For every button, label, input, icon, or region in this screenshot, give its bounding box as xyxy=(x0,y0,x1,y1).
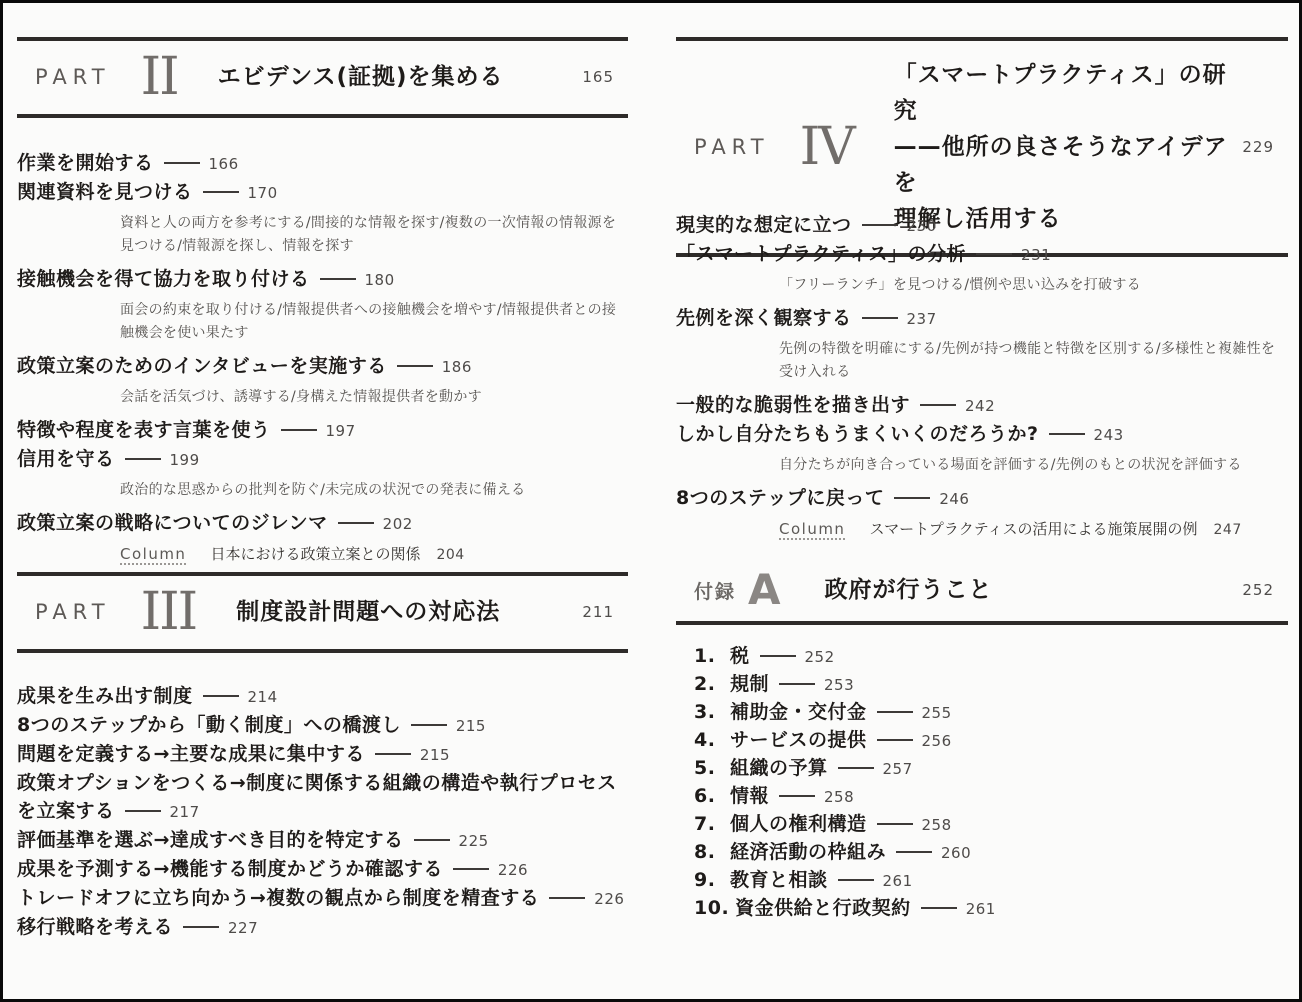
toc-numbered-entry: 2.規制253 xyxy=(676,671,1288,699)
entry-title: 問題を定義する→主要な成果に集中する xyxy=(17,743,365,765)
page-number: 199 xyxy=(170,451,200,469)
entry-title: サービスの提供 xyxy=(730,729,867,751)
appendix-letter: A xyxy=(748,569,781,611)
page-number: 256 xyxy=(922,732,952,750)
page-number: 226 xyxy=(498,861,528,879)
column-label: Column xyxy=(779,520,845,540)
dash-line xyxy=(920,404,956,406)
entry-title: 成果を予測する→機能する制度かどうか確認する xyxy=(17,858,443,880)
entry-title: 補助金・交付金 xyxy=(730,701,867,723)
toc-numbered-entry: 10.資金供給と行政契約261 xyxy=(676,895,1288,923)
entry-title: 関連資料を見つける xyxy=(17,181,193,203)
column-title: スマートプラクティスの活用による施策展開の例 xyxy=(869,520,1197,538)
column-title: 日本における政策立案との関係 xyxy=(210,545,420,563)
dash-line xyxy=(1049,433,1085,435)
entry-title: 「スマートプラクティス」の分析 xyxy=(676,243,966,265)
page-number: 214 xyxy=(248,688,278,706)
dash-line xyxy=(320,278,356,280)
dash-line xyxy=(877,823,913,825)
item-number: 8. xyxy=(694,839,724,866)
part-4-page-number: 229 xyxy=(1232,138,1274,156)
part-3-entries: 成果を生み出す制度2148つのステップから「動く制度」への橋渡し215問題を定義… xyxy=(17,682,628,942)
sub-items: 面会の約束を取り付ける/情報提供者への接触機会を増やす/情報提供者との接触機会を… xyxy=(120,299,628,345)
entry-title: 資金供給と行政契約 xyxy=(735,897,911,919)
toc-entry: 一般的な脆弱性を描き出す242 xyxy=(676,391,1288,420)
toc-entry: 政策立案のためのインタビューを実施する186 xyxy=(17,352,628,381)
entry-title: 信用を守る xyxy=(17,448,115,470)
page-number: 252 xyxy=(805,648,835,666)
part-4-roman-numeral: IV xyxy=(800,122,854,172)
page-number: 215 xyxy=(456,717,486,735)
appendix-a-header: 付録 A 政府が行うこと 252 xyxy=(676,569,1288,625)
page-number: 253 xyxy=(824,676,854,694)
dash-line xyxy=(453,868,489,870)
entry-title: 情報 xyxy=(730,785,769,807)
page-number: 243 xyxy=(1094,426,1124,444)
entry-title: 接触機会を得て協力を取り付ける xyxy=(17,268,310,290)
entry-title: 規制 xyxy=(730,673,769,695)
toc-numbered-entry: 7.個人の権利構造258 xyxy=(676,811,1288,839)
part-4-entries: 現実的な想定に立つ230「スマートプラクティス」の分析231「フリーランチ」を見… xyxy=(676,211,1288,548)
entry-title: 組織の予算 xyxy=(730,757,828,779)
entry-title: 評価基準を選ぶ→達成すべき目的を特定する xyxy=(17,829,404,851)
item-number: 10. xyxy=(694,895,729,922)
entry-title: 現実的な想定に立つ xyxy=(676,214,852,236)
toc-numbered-entry: 4.サービスの提供256 xyxy=(676,727,1288,755)
dash-line xyxy=(838,879,874,881)
toc-entry: 評価基準を選ぶ→達成すべき目的を特定する225 xyxy=(17,826,628,855)
page-number: 261 xyxy=(966,900,996,918)
part-2-page-number: 165 xyxy=(572,68,614,86)
toc-entry: 信用を守る199 xyxy=(17,445,628,474)
page-number: 202 xyxy=(383,515,413,533)
entry-title: 8つのステップから「動く制度」への橋渡し xyxy=(17,714,401,736)
toc-entry: トレードオフに立ち向かう→複数の観点から制度を精査する226 xyxy=(17,884,628,913)
toc-entry: 接触機会を得て協力を取り付ける180 xyxy=(17,265,628,294)
item-number: 9. xyxy=(694,867,724,894)
item-number: 2. xyxy=(694,671,724,698)
toc-entry: 政策オプションをつくる→制度に関係する組織の構造や執行プロセスを立案する217 xyxy=(17,769,628,826)
toc-entry: 作業を開始する166 xyxy=(17,149,628,178)
dash-line xyxy=(411,724,447,726)
appendix-kicker: 付録 xyxy=(694,577,736,604)
page-number: 180 xyxy=(365,271,395,289)
entry-title: しかし自分たちもうまくいくのだろうか? xyxy=(676,423,1039,445)
page-number: 197 xyxy=(326,422,356,440)
page-number: 261 xyxy=(883,872,913,890)
entry-title: 特徴や程度を表す言葉を使う xyxy=(17,419,271,441)
page-number: 246 xyxy=(939,490,969,508)
sub-items: 会話を活気づけ、誘導する/身構えた情報提供者を動かす xyxy=(120,386,628,409)
column-entry: Column日本における政策立案との関係204 xyxy=(120,541,628,568)
entry-title: 個人の権利構造 xyxy=(730,813,867,835)
page-number: 204 xyxy=(436,547,464,563)
entry-title: 8つのステップに戻って xyxy=(676,487,884,509)
dash-line xyxy=(760,655,796,657)
entry-title: 一般的な脆弱性を描き出す xyxy=(676,394,910,416)
page-number: 227 xyxy=(228,919,258,937)
sub-items: 「フリーランチ」を見つける/慣例や思い込みを打破する xyxy=(779,274,1288,297)
appendix-a-page-number: 252 xyxy=(1232,581,1274,599)
dash-line xyxy=(896,851,932,853)
entry-title: 先例を深く観察する xyxy=(676,307,852,329)
entry-title: 経済活動の枠組み xyxy=(730,841,886,863)
dash-line xyxy=(779,795,815,797)
part-2-roman-numeral: II xyxy=(141,52,178,102)
page-number: 230 xyxy=(907,217,937,235)
dash-line xyxy=(894,497,930,499)
appendix-a-title: 政府が行うこと xyxy=(825,572,993,608)
toc-numbered-entry: 1.税252 xyxy=(676,643,1288,671)
dash-line xyxy=(862,224,898,226)
page-number: 260 xyxy=(941,844,971,862)
part-kicker: PART xyxy=(694,135,770,159)
dash-line xyxy=(414,839,450,841)
toc-entry: しかし自分たちもうまくいくのだろうか?243 xyxy=(676,420,1288,449)
page-number: 237 xyxy=(907,310,937,328)
toc-entry: 関連資料を見つける170 xyxy=(17,178,628,207)
item-number: 1. xyxy=(694,643,724,670)
item-number: 6. xyxy=(694,783,724,810)
dash-line xyxy=(203,191,239,193)
toc-entry: 先例を深く観察する237 xyxy=(676,304,1288,333)
dash-line xyxy=(375,753,411,755)
book-toc-page: { "sections": { "part2": { "kicker": "PA… xyxy=(0,0,1302,1002)
dash-line xyxy=(183,926,219,928)
toc-entry: 問題を定義する→主要な成果に集中する215 xyxy=(17,740,628,769)
part-3-header: PART III 制度設計問題への対応法 211 xyxy=(17,572,628,653)
entry-title: 教育と相談 xyxy=(730,869,828,891)
page-number: 258 xyxy=(922,816,952,834)
dash-line xyxy=(338,522,374,524)
dash-line xyxy=(877,739,913,741)
part-4-title-line-2: ——他所の良さそうなアイデアを xyxy=(894,129,1233,201)
part-3-roman-numeral: III xyxy=(141,587,197,637)
sub-items: 政治的な思惑からの批判を防ぐ/未完成の状況での発表に備える xyxy=(120,479,628,502)
entry-title: トレードオフに立ち向かう→複数の観点から制度を精査する xyxy=(17,887,539,909)
column-label: Column xyxy=(120,545,186,565)
dash-line xyxy=(838,767,874,769)
page-number: 170 xyxy=(248,184,278,202)
dash-line xyxy=(164,162,200,164)
entry-title: 税 xyxy=(730,645,750,667)
page-number: 217 xyxy=(170,803,200,821)
dash-line xyxy=(125,458,161,460)
item-number: 4. xyxy=(694,727,724,754)
page-number: 258 xyxy=(824,788,854,806)
column-entry: Columnスマートプラクティスの活用による施策展開の例247 xyxy=(779,516,1288,543)
toc-entry: 8つのステップに戻って246 xyxy=(676,484,1288,513)
page-number: 242 xyxy=(965,397,995,415)
dash-line xyxy=(125,810,161,812)
toc-entry: 移行戦略を考える227 xyxy=(17,913,628,942)
entry-title: 作業を開始する xyxy=(17,152,154,174)
part-2-entries: 作業を開始する166関連資料を見つける170資料と人の両方を参考にする/間接的な… xyxy=(17,149,628,573)
dash-line xyxy=(862,317,898,319)
sub-items: 自分たちが向き合っている場面を評価する/先例のもとの状況を評価する xyxy=(779,454,1288,477)
dash-line xyxy=(203,695,239,697)
part-4-title: 「スマートプラクティス」の研究 ——他所の良さそうなアイデアを 理解し活用する xyxy=(894,57,1233,237)
page-number: 231 xyxy=(1021,246,1051,264)
sub-items: 資料と人の両方を参考にする/間接的な情報を探す/複数の一次情報の情報源を見つける… xyxy=(120,212,628,258)
dash-line xyxy=(549,897,585,899)
toc-numbered-entry: 9.教育と相談261 xyxy=(676,867,1288,895)
toc-numbered-entry: 8.経済活動の枠組み260 xyxy=(676,839,1288,867)
entry-title: 政策立案の戦略についてのジレンマ xyxy=(17,512,328,534)
dash-line xyxy=(921,907,957,909)
toc-entry: 政策立案の戦略についてのジレンマ202 xyxy=(17,509,628,538)
item-number: 7. xyxy=(694,811,724,838)
page-number: 186 xyxy=(442,358,472,376)
part-kicker: PART xyxy=(35,600,111,624)
toc-entry: 現実的な想定に立つ230 xyxy=(676,211,1288,240)
page-number: 225 xyxy=(459,832,489,850)
part-2-title: エビデンス(証拠)を集める xyxy=(218,59,504,95)
toc-numbered-entry: 6.情報258 xyxy=(676,783,1288,811)
page-number: 255 xyxy=(922,704,952,722)
part-3-title: 制度設計問題への対応法 xyxy=(236,594,500,630)
part-2-header: PART II エビデンス(証拠)を集める 165 xyxy=(17,37,628,118)
part-3-page-number: 211 xyxy=(572,603,614,621)
dash-line xyxy=(397,365,433,367)
dash-line xyxy=(976,253,1012,255)
item-number: 5. xyxy=(694,755,724,782)
dash-line xyxy=(877,711,913,713)
toc-entry: 特徴や程度を表す言葉を使う197 xyxy=(17,416,628,445)
entry-title: 政策立案のためのインタビューを実施する xyxy=(17,355,387,377)
sub-items: 先例の特徴を明確にする/先例が持つ機能と特徴を区別する/多様性と複雑性を受け入れ… xyxy=(779,338,1288,384)
toc-numbered-entry: 5.組織の予算257 xyxy=(676,755,1288,783)
toc-numbered-entry: 3.補助金・交付金255 xyxy=(676,699,1288,727)
entry-title: 移行戦略を考える xyxy=(17,916,173,938)
toc-entry: 成果を予測する→機能する制度かどうか確認する226 xyxy=(17,855,628,884)
page-number: 257 xyxy=(883,760,913,778)
page-number: 226 xyxy=(594,890,624,908)
toc-entry: 8つのステップから「動く制度」への橋渡し215 xyxy=(17,711,628,740)
dash-line xyxy=(779,683,815,685)
toc-entry: 「スマートプラクティス」の分析231 xyxy=(676,240,1288,269)
toc-entry: 成果を生み出す制度214 xyxy=(17,682,628,711)
page-number: 215 xyxy=(420,746,450,764)
dash-line xyxy=(281,429,317,431)
appendix-a-entries: 1.税2522.規制2533.補助金・交付金2554.サービスの提供2565.組… xyxy=(676,643,1288,923)
entry-title: 成果を生み出す制度 xyxy=(17,685,193,707)
part-kicker: PART xyxy=(35,65,111,89)
page-number: 166 xyxy=(209,155,239,173)
entry-title: 政策オプションをつくる→制度に関係する組織の構造や執行プロセスを立案する xyxy=(17,772,617,822)
page-number: 247 xyxy=(1214,522,1242,538)
item-number: 3. xyxy=(694,699,724,726)
part-4-title-line-1: 「スマートプラクティス」の研究 xyxy=(894,57,1233,129)
